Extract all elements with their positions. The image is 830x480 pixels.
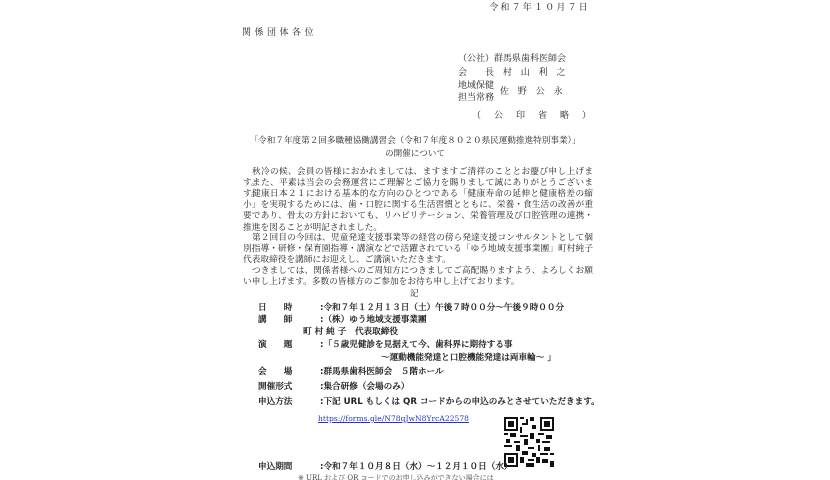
note-partial: ※ URL および QR コードでのお申し込みができない場合には <box>298 473 494 480</box>
president-name: 村 山 利 之 <box>503 68 569 78</box>
ki-heading: 記 <box>410 287 419 299</box>
detail-label: 演 題 <box>258 338 320 350</box>
addressee: 関係団体各位 <box>242 25 317 38</box>
title-line-1: 「令和７年度第２回多職種協働講習会（令和７年度８０２０県民運動推進特別事業）」 <box>230 134 600 146</box>
detail-application-period: 申込期間:令和７年１０月８日（水）～１２月１０日（水） <box>258 460 513 472</box>
detail-format: 開催形式:集合研修（会場のみ） <box>258 380 409 392</box>
application-url-link[interactable]: https://forms.gle/N78qJwN8YrcA22578 <box>318 414 469 423</box>
detail-label: 開催形式 <box>258 380 320 392</box>
sender-president: 会 長 村 山 利 之 <box>458 65 568 78</box>
detail-label: 講 師 <box>258 313 320 325</box>
detail-label: 申込期間 <box>258 460 320 472</box>
director-label-2: 担当常務 <box>458 90 494 103</box>
sender-org: （公社）群馬県歯科医師会 <box>458 51 566 64</box>
seal-omitted: （ 公 印 省 略 ） <box>472 108 593 121</box>
detail-application-method: 申込方法:下記 URL もしくは QR コードからの申込のみとさせていただきます… <box>258 395 600 407</box>
detail-value: （株）ゆう地域支援事業團 <box>323 315 426 325</box>
detail-venue: 会 場:群馬県歯科医師会 ５階ホール <box>258 365 444 377</box>
detail-value: 令和７年１０月８日（水）～１２月１０日（水） <box>323 462 512 472</box>
paragraph-purpose: 健康日本２１における基本的な方向のひとつである「健康寿命の延伸と健康格差の縮小」… <box>243 189 593 234</box>
detail-value: 集合研修（会場のみ） <box>323 382 409 392</box>
paragraph-speaker: 第２回目の今回は、児童発達支援事業等の経営の傍ら発達支援コンサルタントとして個別… <box>243 233 593 267</box>
detail-label: 日 時 <box>258 301 320 313</box>
detail-lecturer-name: 町 村 純 子 代表取締役 <box>303 325 398 337</box>
director-name: 佐 野 公 永 <box>500 84 566 97</box>
detail-datetime: 日 時:令和７年１２月１３日（土）午後７時００分～午後９時００分 <box>258 301 564 313</box>
detail-lecturer: 講 師:（株）ゆう地域支援事業團 <box>258 313 427 325</box>
detail-value: 群馬県歯科医師会 ５階ホール <box>323 367 443 377</box>
president-label: 会 長 <box>458 65 500 78</box>
paragraph-request: つきましては、関係者様へのご周知方につきましてご高配賜りますよう、よろしくお願い… <box>243 266 593 288</box>
detail-topic-subtitle: ～運動機能発達と口腔機能発達は両車輪～ 」 <box>381 351 556 363</box>
detail-value: 令和７年１２月１３日（土）午後７時００分～午後９時００分 <box>323 303 564 313</box>
detail-value: 「５歳児健診を見据えて今、歯科界に期待する事 <box>323 340 512 350</box>
title-line-2: の開催について <box>230 147 600 159</box>
detail-label: 申込方法 <box>258 395 320 407</box>
detail-topic: 演 題:「５歳児健診を見据えて今、歯科界に期待する事 <box>258 338 513 350</box>
document-date: 令和７年１０月７日 <box>489 0 590 13</box>
detail-label: 会 場 <box>258 365 320 377</box>
detail-value: 下記 URL もしくは QR コードからの申込のみとさせていただきます。 <box>323 397 599 407</box>
document-page: 令和７年１０月７日 関係団体各位 （公社）群馬県歯科医師会 会 長 村 山 利 … <box>0 0 830 480</box>
